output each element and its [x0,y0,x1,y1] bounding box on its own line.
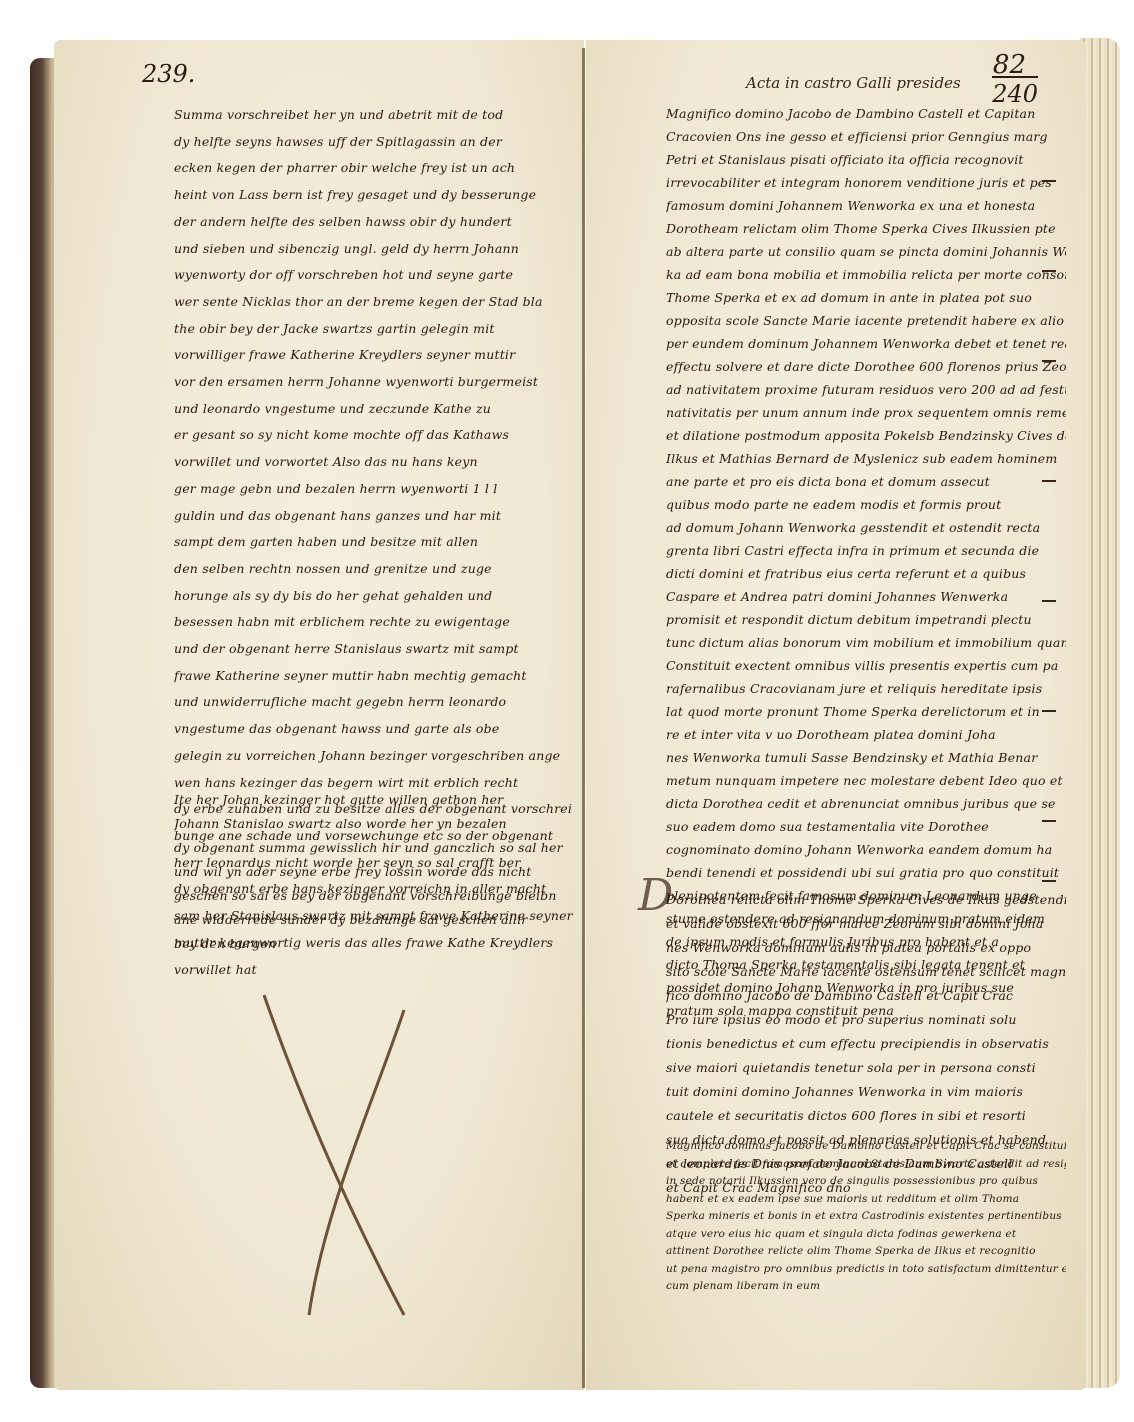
manuscript-line: nativitatis per unum annum inde prox seq… [666,401,1066,424]
manuscript-line: opposita scole Sancte Marie iacente pret… [666,309,1066,332]
manuscript-line: und der obgenant herre Stanislaus swartz… [174,636,574,663]
manuscript-line: suo eadem domo sua testamentalia vite Do… [666,815,1066,838]
manuscript-line: nes Wenworka tumuli Sasse Bendzinsky et … [666,746,1066,769]
manuscript-line: tunc dictum alias bonorum vim mobilium e… [666,631,1066,654]
manuscript-line: in sede notarii Ilkussien vero de singul… [666,1173,1066,1191]
manuscript-line: Cracovien Ons ine gesso et efficiensi pr… [666,125,1066,148]
manuscript-line: cum plenam liberam in eum [666,1278,1066,1296]
right-entry-3: Magnifico dominus Jacobo de Dambino Cast… [666,1138,1066,1296]
manuscript-line: frawe Katherine seyner muttir habn mecht… [174,663,574,690]
left-entry-2: Ite her Johan kezinger hot gutte willen … [174,788,574,956]
manuscript-line: famosum domini Johannem Wenworka ex una … [666,194,1066,217]
manuscript-line: dicti domini et fratribus eius certa ref… [666,562,1066,585]
manuscript-line: er gesant so sy nicht kome mochte off da… [174,422,574,449]
manuscript-line: tuit domini domino Johannes Wenworka in … [666,1080,1066,1104]
manuscript-line: guldin und das obgenant hans ganzes und … [174,503,574,530]
manuscript-line: fico domino Jacobo de Dambino Castell et… [666,984,1066,1008]
left-page: 239. Summa vorschreibet her yn und abetr… [54,40,584,1390]
manuscript-line: re et inter vita v uo Dorotheam platea d… [666,723,1066,746]
manuscript-line: Pro iure ipsius eo modo et pro superius … [666,1008,1066,1032]
manuscript-line: nes Wenworka dominum aulis in platea por… [666,936,1066,960]
manuscript-line: Dorothea relicta olim Thome Sperka Cives… [666,888,1066,912]
manuscript-line: wyenworty dor off vorschreben hot und se… [174,262,574,289]
manuscript-line: vorwillet hat [174,957,574,984]
manuscript-line: und sieben und sibenczig ungl. geld dy h… [174,236,574,263]
manuscript-line: vorwilliger frawe Katherine Kreydlers se… [174,342,574,369]
manuscript-line: Summa vorschreibet her yn und abetrit mi… [174,102,574,129]
running-head: Acta in castro Galli presides [746,74,961,92]
manuscript-line: horunge als sy dy bis do her gehat gehal… [174,583,574,610]
manuscript-line: tionis benedictus et cum effectu precipi… [666,1032,1066,1056]
manuscript-line: irrevocabiliter et integram honorem vend… [666,171,1066,194]
manuscript-line: attinent Dorothee relicte olim Thome Spe… [666,1243,1066,1261]
manuscript-line: ane widderrede sunder dy bezalunge sal g… [174,908,574,932]
manuscript-line: der andern helfte des selben hawss obir … [174,209,574,236]
manuscript-line: Caspare et Andrea patri domini Johannes … [666,585,1066,608]
manuscript-line: cognominato domino Johann Wenworka eande… [666,838,1066,861]
manuscript-line: rafernalibus Cracovianam jure et reliqui… [666,677,1066,700]
manuscript-line: Petri et Stanislaus pisati officiato ita… [666,148,1066,171]
manuscript-line: Magnifico domino Jacobo de Dambino Caste… [666,102,1066,125]
book-gutter [582,48,585,1388]
manuscript-line: vorwillet und vorwortet Also das nu hans… [174,449,574,476]
manuscript-line: ger mage gebn und bezalen herrn wyenwort… [174,476,574,503]
manuscript-line: ut pena magistro pro omnibus predictis i… [666,1261,1066,1279]
manuscript-line: metum nunquam impetere nec molestare deb… [666,769,1066,792]
manuscript-line: et valide obstexit 600 ffor marce Zeorum… [666,912,1066,936]
manuscript-line: et complete fecit famosum dominum Stanis… [666,1156,1066,1174]
right-page: 82 240 Acta in castro Galli presides Mag… [586,40,1086,1390]
manuscript-line: sampt dem garten haben und besitze mit a… [174,529,574,556]
manuscript-line: geschen so sal es bey der obgenant vorsc… [174,884,574,908]
manuscript-line: sive maiori quietandis tenetur sola per … [666,1056,1066,1080]
manuscript-line: Sperka mineris et bonis in et extra Cast… [666,1208,1066,1226]
manuscript-line: Ite her Johan kezinger hot gutte willen … [174,788,574,812]
manuscript-line: per eundem dominum Johannem Wenworka deb… [666,332,1066,355]
manuscript-line: besessen habn mit erblichem rechte zu ew… [174,609,574,636]
manuscript-line: ab altera parte ut consilio quam se pinc… [666,240,1066,263]
manuscript-line: Ilkus et Mathias Bernard de Myslenicz su… [666,447,1066,470]
manuscript-line: Johann Stanislao swartz also worde her y… [174,812,574,836]
manuscript-line: lat quod morte pronunt Thome Sperka dere… [666,700,1066,723]
manuscript-line: wer sente Nicklas thor an der breme kege… [174,289,574,316]
manuscript-line: vor den ersamen herrn Johanne wyenworti … [174,369,574,396]
manuscript-line: dicta Dorothea cedit et abrenunciat omni… [666,792,1066,815]
cancellation-cross-mark [254,990,414,1320]
manuscript-line: ane parte et pro eis dicta bona et domum… [666,470,1066,493]
manuscript-line: heint von Lass bern ist frey gesaget und… [174,182,574,209]
manuscript-line: vngestume das obgenant hawss und garte a… [174,716,574,743]
manuscript-line: cautele et securitatis dictos 600 flores… [666,1104,1066,1128]
manuscript-line: den selben rechtn nossen und grenitze un… [174,556,574,583]
manuscript-line: dy helfte seyns hawses uff der Spitlagas… [174,129,574,156]
manuscript-line: bey den burgen [174,932,574,956]
manuscript-line: und leonardo vngestume und zeczunde Kath… [174,396,574,423]
manuscript-line: ad nativitatem proxime futuram residuos … [666,378,1066,401]
manuscript-line: et dilatione postmodum apposita Pokelsb … [666,424,1066,447]
manuscript-line: sito scole Sancte Marie iacente ostensum… [666,960,1066,984]
manuscript-line: ad domum Johann Wenworka gesstendit et o… [666,516,1066,539]
manuscript-line: promisit et respondit dictum debitum imp… [666,608,1066,631]
manuscript-line: the obir bey der Jacke swartzs gartin ge… [174,316,574,343]
manuscript-line: grenta libri Castri effecta infra in pri… [666,539,1066,562]
open-manuscript-book: 239. Summa vorschreibet her yn und abetr… [30,28,1120,1398]
manuscript-line: und unwiderrufliche macht gegebn herrn l… [174,689,574,716]
left-folio-number: 239. [142,60,195,88]
manuscript-line: effectu solvere et dare dicte Dorothee 6… [666,355,1066,378]
manuscript-line: Constituit exectent omnibus villis prese… [666,654,1066,677]
manuscript-line: atque vero eius hic quam et singula dict… [666,1226,1066,1244]
manuscript-line: Dorotheam relictam olim Thome Sperka Civ… [666,217,1066,240]
right-entry-1: Magnifico domino Jacobo de Dambino Caste… [666,102,1066,1022]
manuscript-line: dy obgenant summa gewisslich hir und gan… [174,836,574,860]
manuscript-line: und wil yn ader seyne erbe frey lossin w… [174,860,574,884]
manuscript-line: bendi tenendi et possidendi ubi sui grat… [666,861,1066,884]
manuscript-line: Thome Sperka et ex ad domum in ante in p… [666,286,1066,309]
margin-line-marks [1036,180,1056,880]
manuscript-line: ecken kegen der pharrer obir welche frey… [174,155,574,182]
manuscript-line: quibus modo parte ne eadem modis et form… [666,493,1066,516]
page-edges-right [1080,38,1120,1388]
manuscript-line: Magnifico dominus Jacobo de Dambino Cast… [666,1138,1066,1156]
manuscript-line: gelegin zu vorreichen Johann bezinger vo… [174,743,574,770]
manuscript-line: ka ad eam bona mobilia et immobilia reli… [666,263,1066,286]
manuscript-line: habent et ex eadem ipse sue maioris ut r… [666,1191,1066,1209]
